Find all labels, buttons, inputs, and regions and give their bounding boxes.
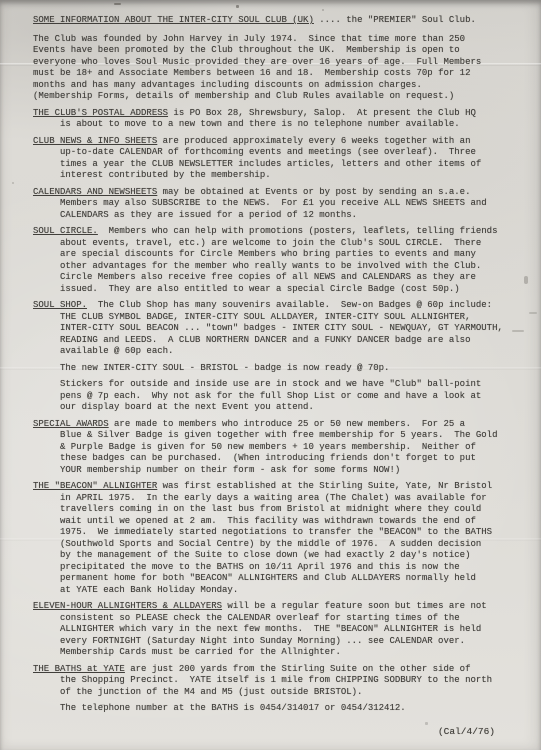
text-line: 1975. We immediately started negotiation… xyxy=(33,527,521,539)
text-line: CLUB NEWS & INFO SHEETS are produced app… xyxy=(33,136,521,148)
text-line: available @ 60p each. xyxy=(33,346,521,358)
document-ref-code: (Cal/4/76) xyxy=(438,726,495,737)
text-run: will be a regular feature soon but times… xyxy=(222,601,487,611)
text-line: issued. They are also entitled to wear a… xyxy=(33,284,521,296)
text-line: every FORTNIGHT (Saturday Night into Sun… xyxy=(33,636,521,648)
text-line: THE BATHS at YATE are just 200 yards fro… xyxy=(33,664,521,676)
text-line: INTER-CITY SOUL BEACON ... "town" badges… xyxy=(33,323,521,335)
paper-speck xyxy=(114,3,121,5)
text-line: precipitated the move to the BATHS on 10… xyxy=(33,562,521,574)
text-line: SOUL CIRCLE. Members who can help with p… xyxy=(33,226,521,238)
text-line: travellers coming in on the last bus fro… xyxy=(33,504,521,516)
text-line: CALENDARS as they are issued for a perio… xyxy=(33,210,521,222)
paragraph-bristol-badge: The new INTER-CITY SOUL - BRISTOL - badg… xyxy=(33,363,521,375)
text-line: Events have been promoted by the Club th… xyxy=(33,45,521,57)
paragraph-postal-address: THE CLUB'S POSTAL ADDRESS is PO Box 28, … xyxy=(33,108,521,131)
text-run: are made to members who introduce 25 or … xyxy=(109,419,465,429)
paragraph-eleven-hour: ELEVEN-HOUR ALLNIGHTERS & ALLDAYERS will… xyxy=(33,601,521,659)
text-line: by the management of the Suite to close … xyxy=(33,550,521,562)
text-line: THE CLUB SYMBOL BADGE, INTER-CITY SOUL A… xyxy=(33,312,521,324)
paper-speck xyxy=(425,722,428,725)
section-heading: THE CLUB'S POSTAL ADDRESS xyxy=(33,108,168,118)
text-run: The Club Shop has many souvenirs availab… xyxy=(87,300,492,310)
text-run: are just 200 yards from the Stirling Sui… xyxy=(125,664,471,674)
section-heading: SPECIAL AWARDS xyxy=(33,419,109,429)
text-run: are produced approximately every 6 weeks… xyxy=(157,136,470,146)
text-line: ELEVEN-HOUR ALLNIGHTERS & ALLDAYERS will… xyxy=(33,601,521,613)
text-line: our display board at the next Event you … xyxy=(33,402,521,414)
text-line: Circle Members also receive free copies … xyxy=(33,272,521,284)
section-heading: CALENDARS AND NEWSHEETS xyxy=(33,187,157,197)
page-title: SOME INFORMATION ABOUT THE INTER-CITY SO… xyxy=(33,15,521,27)
paragraph-stickers-pens: Stickers for outside and inside use are … xyxy=(33,379,521,414)
text-line: is about to move to a new town and there… xyxy=(33,119,521,131)
section-heading: THE "BEACON" ALLNIGHTER xyxy=(33,481,157,491)
text-line: READING and LEEDS. A CLUB NORTHERN DANCE… xyxy=(33,335,521,347)
text-line: are special discounts for Circle Members… xyxy=(33,249,521,261)
paragraph-telephone: The telephone number at the BATHS is 045… xyxy=(33,703,521,715)
paragraph-beacon-allnighter: THE "BEACON" ALLNIGHTER was first establ… xyxy=(33,481,521,596)
paragraph-special-awards: SPECIAL AWARDS are made to members who i… xyxy=(33,419,521,477)
scanned-document-page: SOME INFORMATION ABOUT THE INTER-CITY SO… xyxy=(0,0,541,750)
text-line: wait until we opened at 2 am. This facil… xyxy=(33,516,521,528)
section-heading: SOUL CIRCLE. xyxy=(33,226,98,236)
text-line: The Club was founded by John Harvey in J… xyxy=(33,34,521,46)
document-body: SOME INFORMATION ABOUT THE INTER-CITY SO… xyxy=(33,15,521,720)
paper-speck xyxy=(12,182,14,184)
text-line: The new INTER-CITY SOUL - BRISTOL - badg… xyxy=(33,363,521,375)
text-run: Members who can help with promotions (po… xyxy=(98,226,498,236)
text-run: was first established at the Stirling Su… xyxy=(157,481,492,491)
paragraph-soul-shop: SOUL SHOP. The Club Shop has many souven… xyxy=(33,300,521,358)
section-heading: ELEVEN-HOUR ALLNIGHTERS & ALLDAYERS xyxy=(33,601,222,611)
text-line: SOUL SHOP. The Club Shop has many souven… xyxy=(33,300,521,312)
text-line: CALENDARS AND NEWSHEETS may be obtained … xyxy=(33,187,521,199)
text-line: in APRIL 1975. In the early days a waiti… xyxy=(33,493,521,505)
paragraph-news-info-sheets: CLUB NEWS & INFO SHEETS are produced app… xyxy=(33,136,521,182)
text-line: the Shopping Precinct. YATE itself is 1 … xyxy=(33,675,521,687)
text-line: of the junction of the M4 and M5 (just o… xyxy=(33,687,521,699)
paragraph-soul-circle: SOUL CIRCLE. Members who can help with p… xyxy=(33,226,521,295)
text-line: up-to-date CALENDAR of forthcoming event… xyxy=(33,147,521,159)
text-line: these badges can be purchased. (When int… xyxy=(33,453,521,465)
text-line: SPECIAL AWARDS are made to members who i… xyxy=(33,419,521,431)
page-title-underlined: SOME INFORMATION ABOUT THE INTER-CITY SO… xyxy=(33,15,314,25)
text-line: ALLNIGHTER which vary in the next few mo… xyxy=(33,624,521,636)
text-line: about events, travel, etc.) are welcome … xyxy=(33,238,521,250)
text-line: months and has many advantages including… xyxy=(33,80,521,92)
text-line: consistent so PLEASE check the CALENDAR … xyxy=(33,613,521,625)
section-heading: SOUL SHOP. xyxy=(33,300,87,310)
text-line: at YATE each Bank Holiday Monday. xyxy=(33,585,521,597)
text-line: permanent home for both "BEACON" ALLNIGH… xyxy=(33,573,521,585)
text-line: other advantages for the member who real… xyxy=(33,261,521,273)
text-line: (Membership Forms, details of membership… xyxy=(33,91,521,103)
text-line: must be 18+ and Associate Members betwee… xyxy=(33,68,521,80)
text-line: The telephone number at the BATHS is 045… xyxy=(33,703,521,715)
text-line: (Southwold Sports and Social Centre) by … xyxy=(33,539,521,551)
text-line: YOUR membership number on their form - a… xyxy=(33,465,521,477)
paper-speck xyxy=(529,312,537,314)
section-heading: THE BATHS at YATE xyxy=(33,664,125,674)
paragraph-calendars-newsheets: CALENDARS AND NEWSHEETS may be obtained … xyxy=(33,187,521,222)
text-line: pens @ 7p each. Why not ask for the full… xyxy=(33,391,521,403)
text-line: Blue & Silver Badge is given together wi… xyxy=(33,430,521,442)
text-line: THE CLUB'S POSTAL ADDRESS is PO Box 28, … xyxy=(33,108,521,120)
paragraph-club-founding: The Club was founded by John Harvey in J… xyxy=(33,34,521,103)
text-line: interest contributed by the membership. xyxy=(33,170,521,182)
page-title-rest: .... the "PREMIER" Soul Club. xyxy=(314,15,476,25)
text-line: & Purple Badge is given for 50 new membe… xyxy=(33,442,521,454)
text-run: may be obtained at Events or by post by … xyxy=(157,187,470,197)
text-run: is PO Box 28, Shrewsbury, Salop. At pres… xyxy=(168,108,476,118)
section-heading: CLUB NEWS & INFO SHEETS xyxy=(33,136,157,146)
paper-speck xyxy=(236,5,239,8)
text-line: Members may also SUBSCRIBE to the NEWS. … xyxy=(33,198,521,210)
text-line: THE "BEACON" ALLNIGHTER was first establ… xyxy=(33,481,521,493)
text-line: everyone who loves Soul Music provided t… xyxy=(33,57,521,69)
text-line: Stickers for outside and inside use are … xyxy=(33,379,521,391)
paper-speck xyxy=(322,9,324,11)
text-line: Membership Cards must be carried for the… xyxy=(33,647,521,659)
text-line: times a year the CLUB NEWSLETTER include… xyxy=(33,159,521,171)
paper-speck xyxy=(524,276,528,284)
paragraph-baths-at-yate: THE BATHS at YATE are just 200 yards fro… xyxy=(33,664,521,699)
